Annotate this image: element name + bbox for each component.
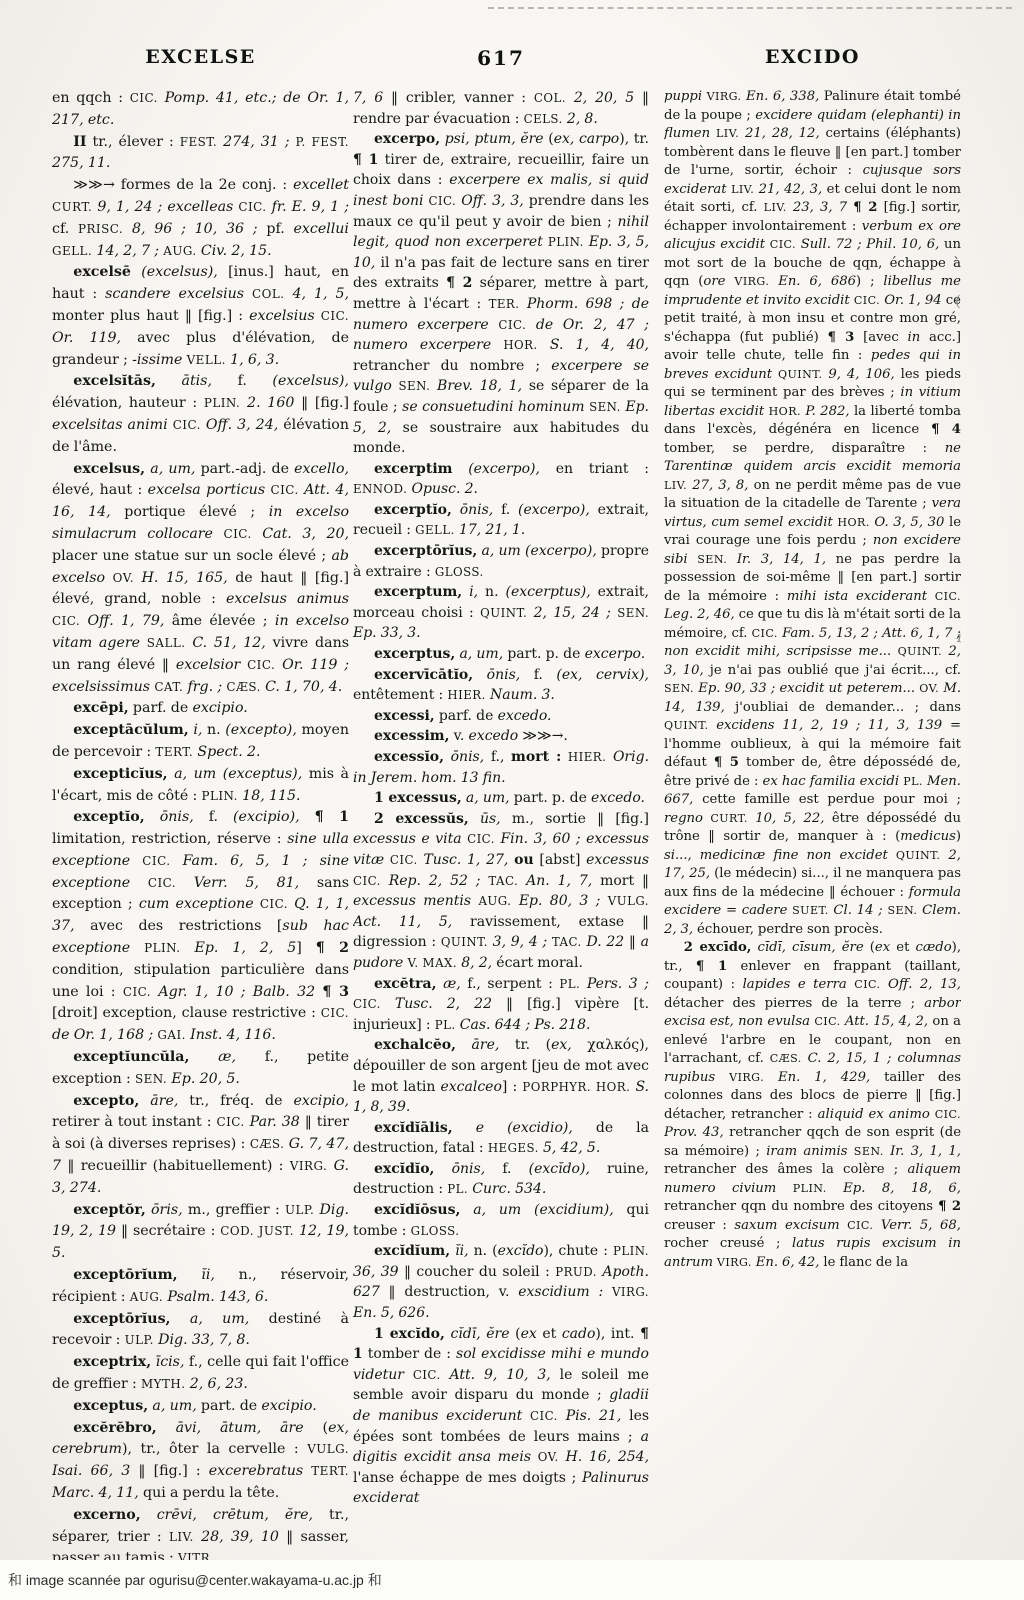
dictionary-paragraph: 1 excĭdo, cĭdī, ĕre (ex et cado), int. ¶… [353, 1324, 649, 1509]
column-middle: 7, 6 ‖ cribler, vanner : COL. 2, 20, 5 ‖… [353, 88, 649, 1566]
dictionary-paragraph: exceptrix, īcis, f., celle qui fait l'of… [52, 1352, 349, 1396]
guide-word-left: EXCELSE [52, 46, 349, 72]
dictionary-paragraph: excerptĭo, ōnis, f. (excerpo), extrait, … [353, 500, 649, 541]
dictionary-paragraph: excervīcātĭo, ōnis, f. (ex, cervix), ent… [353, 665, 649, 706]
dictionary-paragraph: excĕtra, æ, f., serpent : PL. Pers. 3 ; … [353, 974, 649, 1036]
dictionary-paragraph: excepto, āre, tr., fréq. de excipio, ret… [52, 1091, 349, 1200]
dictionary-paragraph: 2 excessŭs, ūs, m., sortie ‖ [fig.] exce… [353, 809, 649, 974]
dictionary-paragraph: ≫≫→ formes de la 2e conj. : excellet CUR… [52, 175, 349, 262]
dictionary-paragraph: exceptōrĭum, ĭi, n., réservoir, récipien… [52, 1265, 349, 1309]
dictionary-paragraph: excēpi, parf. de excipio. [52, 698, 349, 720]
dictionary-paragraph: excĕrĕbro, āvi, ātum, āre (ex, cerebrum)… [52, 1418, 349, 1505]
column-right: puppi VIRG. En. 6, 338, Palinure était t… [664, 88, 961, 1566]
dictionary-paragraph: II tr., élever : FEST. 274, 31 ; P. FEST… [52, 132, 349, 176]
dictionary-paragraph: excelsĭtās, ātis, f. (excelsus), élévati… [52, 371, 349, 458]
dictionary-paragraph: excelsus, a, um, part.-adj. de excello, … [52, 459, 349, 699]
dictionary-paragraph: excĭdĭum, ĭi, n. (excĭdo), chute : PLIN.… [353, 1241, 649, 1323]
column-left: en qqch : CIC. Pomp. 41, etc.; de Or. 1,… [52, 88, 349, 1566]
dictionary-paragraph: exceptĭo, ōnis, f. (excipio), ¶ 1 limita… [52, 807, 349, 1047]
dictionary-paragraph: 2 excīdo, cīdī, cīsum, ĕre (ex et cædo),… [664, 939, 961, 1272]
guide-word-right: EXCIDO [664, 46, 961, 72]
dictionary-paragraph: excĭdĭālis, e (excidio), de la destructi… [353, 1118, 649, 1159]
scan-credit-strip: 和 image scannée par ogurisu@center.wakay… [0, 1560, 1024, 1600]
dictionary-paragraph: excerno, crēvi, crētum, ĕre, tr., sépare… [52, 1505, 349, 1566]
dictionary-paragraph: exchalcĕo, āre, tr. (ex, χαλκός), dépoui… [353, 1035, 649, 1117]
dictionary-paragraph: 1 excessus, a, um, part. p. de excedo. [353, 788, 649, 809]
scan-artifact-mark: ı [956, 628, 963, 646]
dictionary-page-scan: EXCELSE 617 EXCIDO en qqch : CIC. Pomp. … [0, 0, 1024, 1600]
dictionary-paragraph: puppi VIRG. En. 6, 338, Palinure était t… [664, 88, 961, 939]
dictionary-paragraph: excessim, v. excedo ≫≫→. [353, 726, 649, 747]
dictionary-paragraph: exceptus, a, um, part. de excipio. [52, 1396, 349, 1418]
scan-artifact-mark: ( [955, 292, 961, 310]
page-number: 617 [353, 46, 649, 72]
dictionary-paragraph: excerptus, a, um, part. p. de excerpo. [353, 644, 649, 665]
dictionary-paragraph: excerpo, psi, ptum, ĕre (ex, carpo), tr.… [353, 129, 649, 459]
dictionary-paragraph: excepticĭus, a, um (exceptus), mis à l'é… [52, 764, 349, 808]
dictionary-paragraph: excessi, parf. de excedo. [353, 706, 649, 727]
dictionary-paragraph: excerptum, i, n. (excerptus), extrait, m… [353, 582, 649, 644]
scan-artifact-dashes [488, 7, 1012, 9]
dictionary-paragraph: 7, 6 ‖ cribler, vanner : COL. 2, 20, 5 ‖… [353, 88, 649, 129]
dictionary-paragraph: exceptōrĭus, a, um, destiné à recevoir :… [52, 1309, 349, 1353]
scan-credit-text: 和 image scannée par ogurisu@center.wakay… [8, 1570, 382, 1590]
dictionary-paragraph: en qqch : CIC. Pomp. 41, etc.; de Or. 1,… [52, 88, 349, 132]
dictionary-paragraph: excerptim (excerpo), en triant : ENNOD. … [353, 459, 649, 500]
dictionary-paragraph: excessĭo, ōnis, f., mort : HIER. Orig. i… [353, 747, 649, 788]
dictionary-paragraph: excĭdĭo, ōnis, f. (excĭdo), ruine, destr… [353, 1159, 649, 1200]
dictionary-paragraph: exceptĭuncŭla, æ, f., petite exception :… [52, 1047, 349, 1091]
dictionary-paragraph: excerptōrĭus, a, um (excerpo), propre à … [353, 541, 649, 582]
dictionary-paragraph: exceptācŭlum, i, n. (excepto), moyen de … [52, 720, 349, 764]
dictionary-paragraph: excĭdĭōsus, a, um (excidium), qui tombe … [353, 1200, 649, 1241]
dictionary-paragraph: exceptŏr, ōris, m., greffier : ULP. Dig.… [52, 1200, 349, 1265]
dictionary-paragraph: excelsē (excelsus), [inus.] haut, en hau… [52, 262, 349, 371]
